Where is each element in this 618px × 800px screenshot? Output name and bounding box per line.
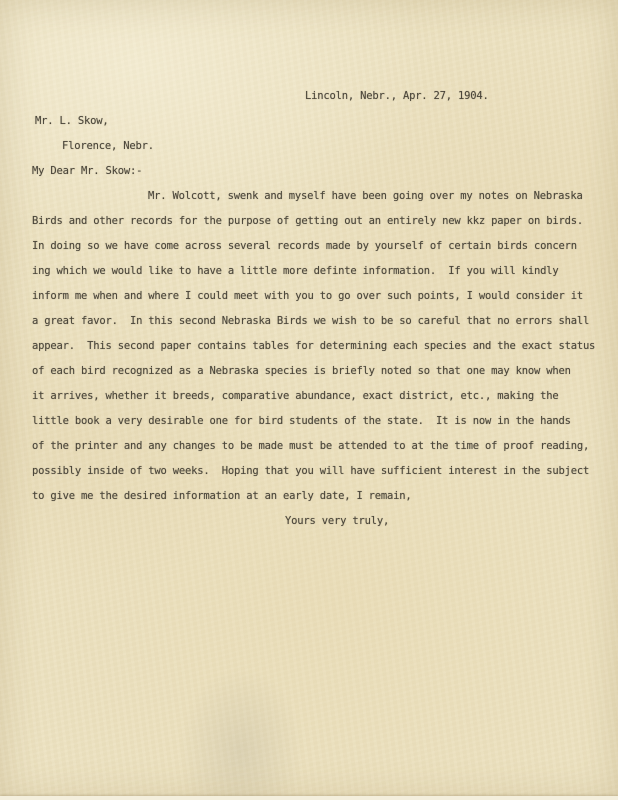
body-line: ing which we would like to have a little… bbox=[32, 259, 598, 284]
body-line: possibly inside of two weeks. Hoping tha… bbox=[32, 459, 598, 484]
body-line: it arrives, whether it breeds, comparati… bbox=[32, 384, 598, 409]
body-line: Birds and other records for the purpose … bbox=[32, 209, 598, 234]
body-line: little book a very desirable one for bir… bbox=[32, 409, 598, 434]
body-line: In doing so we have come across several … bbox=[32, 234, 598, 259]
recipient-city-line: Florence, Nebr. bbox=[62, 134, 598, 159]
dateline: Lincoln, Nebr., Apr. 27, 1904. bbox=[305, 84, 598, 109]
body-line: appear. This second paper contains table… bbox=[32, 334, 598, 359]
letter-content: Lincoln, Nebr., Apr. 27, 1904. Mr. L. Sk… bbox=[32, 84, 598, 534]
recipient-name-line: Mr. L. Skow, bbox=[35, 109, 598, 134]
body-line: of each bird recognized as a Nebraska sp… bbox=[32, 359, 598, 384]
body-line: of the printer and any changes to be mad… bbox=[32, 434, 598, 459]
body-line: inform me when and where I could meet wi… bbox=[32, 284, 598, 309]
letter-body: Mr. Wolcott, swenk and myself have been … bbox=[32, 184, 598, 509]
closing: Yours very truly, bbox=[285, 509, 598, 534]
salutation: My Dear Mr. Skow:- bbox=[32, 159, 598, 184]
body-line: to give me the desired information at an… bbox=[32, 484, 598, 509]
body-line: Mr. Wolcott, swenk and myself have been … bbox=[32, 184, 598, 209]
body-line: a great favor. In this second Nebraska B… bbox=[32, 309, 598, 334]
letter-scan-page: Lincoln, Nebr., Apr. 27, 1904. Mr. L. Sk… bbox=[0, 0, 618, 800]
